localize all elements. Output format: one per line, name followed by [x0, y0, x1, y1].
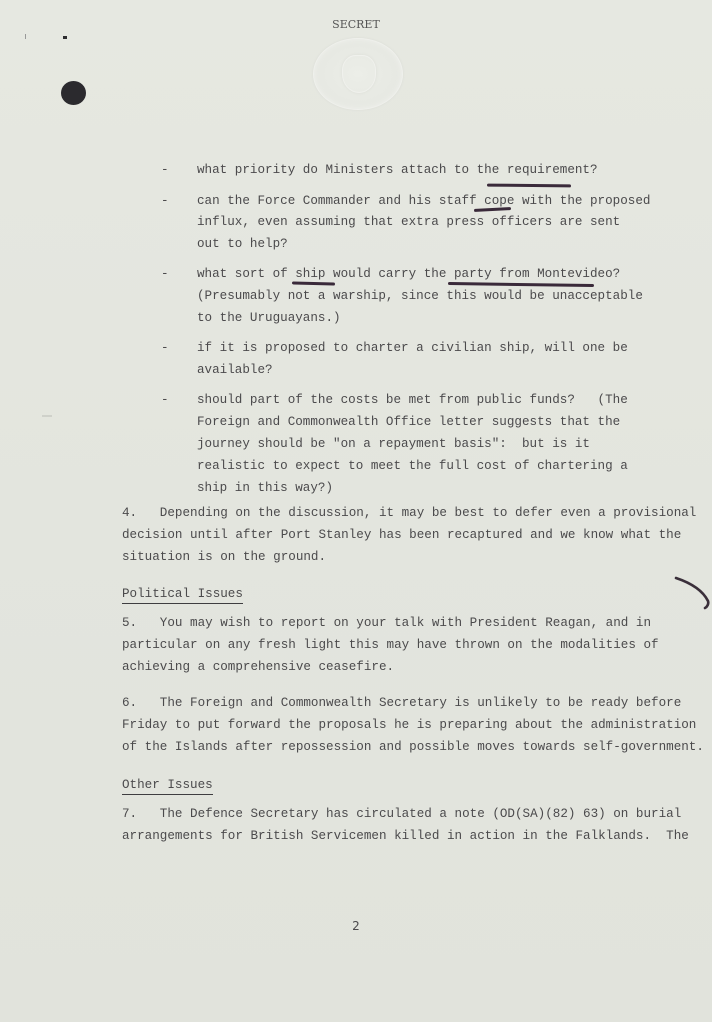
paragraph-4-line-2: decision until after Port Stanley has be…: [122, 527, 681, 543]
heading-other-issues: Other Issues: [122, 777, 213, 795]
bullet-3-line-2: (Presumably not a warship, since this wo…: [197, 288, 643, 304]
document-page: SECRET - what priority do Ministers atta…: [0, 0, 712, 1022]
paragraph-7-line-1: 7. The Defence Secretary has circulated …: [122, 806, 681, 822]
bullet-5-line-4: realistic to expect to meet the full cos…: [197, 458, 628, 474]
bullet-dash: -: [161, 162, 169, 178]
paragraph-5-line-2: particular on any fresh light this may h…: [122, 637, 659, 653]
pen-underline-requirement: [487, 184, 571, 187]
bullet-3-line-3: to the Uruguayans.): [197, 310, 341, 326]
paragraph-6-line-3: of the Islands after repossession and po…: [122, 739, 704, 755]
bullet-3-line-1: what sort of ship would carry the party …: [197, 266, 620, 282]
paragraph-4-line-1: 4. Depending on the discussion, it may b…: [122, 505, 696, 521]
punch-hole: [61, 81, 86, 105]
paragraph-5-line-1: 5. You may wish to report on your talk w…: [122, 615, 651, 631]
bullet-dash: -: [161, 266, 169, 282]
pen-margin-mark: [674, 575, 712, 611]
bullet-dash: -: [161, 392, 169, 408]
bullet-2-line-3: out to help?: [197, 236, 288, 252]
heading-political-issues: Political Issues: [122, 586, 243, 604]
bullet-2-line-2: influx, even assuming that extra press o…: [197, 214, 620, 230]
ink-speck: [63, 36, 67, 39]
pen-underline-ship: [292, 281, 335, 285]
bullet-dash: -: [161, 193, 169, 209]
pen-underline-cope: [474, 207, 511, 211]
embossed-crest-seal: [313, 38, 403, 110]
paragraph-6-line-1: 6. The Foreign and Commonwealth Secretar…: [122, 695, 681, 711]
paragraph-6-line-2: Friday to put forward the proposals he i…: [122, 717, 696, 733]
paragraph-7-line-2: arrangements for British Servicemen kill…: [122, 828, 689, 844]
bullet-dash: -: [161, 340, 169, 356]
bullet-4-line-2: available?: [197, 362, 273, 378]
pen-underline-party-from-montevideo: [448, 282, 594, 287]
bullet-5-line-3: journey should be "on a repayment basis"…: [197, 436, 590, 452]
paper-mark-faint: [42, 415, 52, 417]
bullet-2-line-1: can the Force Commander and his staff co…: [197, 193, 650, 209]
paper-mark: [25, 34, 26, 39]
bullet-4-line-1: if it is proposed to charter a civilian …: [197, 340, 628, 356]
paragraph-5-line-3: achieving a comprehensive ceasefire.: [122, 659, 394, 675]
crest-emblem: [342, 55, 376, 93]
bullet-1-line-1: what priority do Ministers attach to the…: [197, 162, 598, 178]
paragraph-4-line-3: situation is on the ground.: [122, 549, 326, 565]
bullet-5-line-5: ship in this way?): [197, 480, 333, 496]
bullet-5-line-2: Foreign and Commonwealth Office letter s…: [197, 414, 620, 430]
classification-marking: SECRET: [0, 18, 712, 31]
bullet-5-line-1: should part of the costs be met from pub…: [197, 392, 628, 408]
page-number: 2: [0, 919, 712, 933]
